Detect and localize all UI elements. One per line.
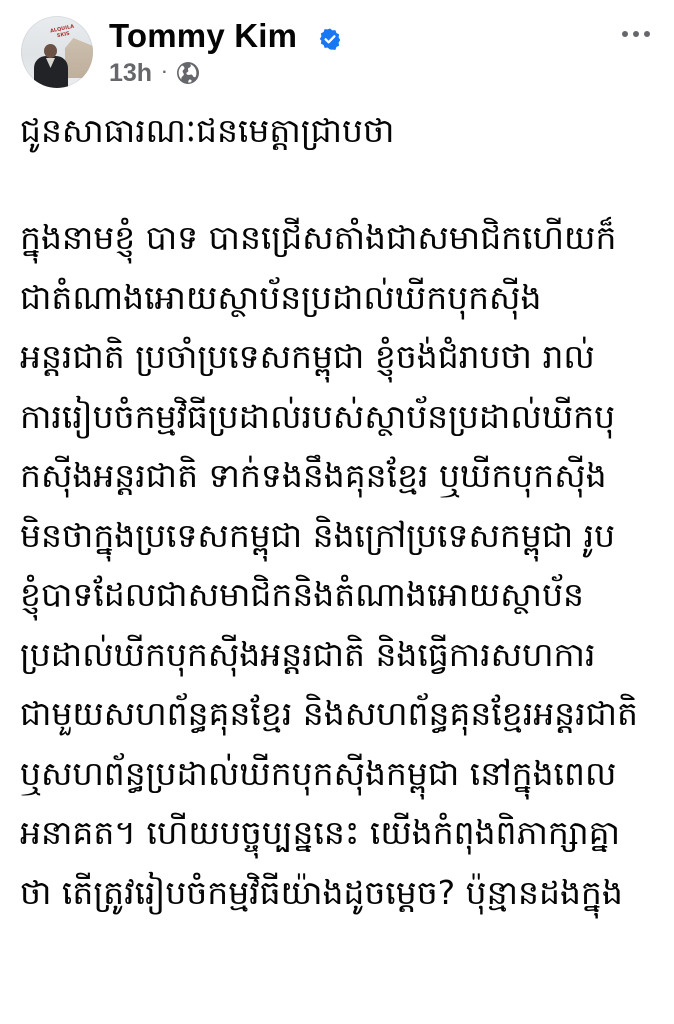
post-header: ALQUILA SKIS Tommy Kim 13h ·: [0, 0, 674, 100]
more-dot-icon: [622, 31, 628, 37]
avatar-person-head: [44, 44, 57, 58]
more-dot-icon: [633, 31, 639, 37]
post-meta: 13h ·: [109, 58, 200, 88]
post-text-line: ឬសហព័ន្ធប្រដាល់ឃីកបុកស៊ីងកម្ពុជា នៅក្នុង…: [20, 744, 670, 804]
more-dot-icon: [644, 31, 650, 37]
post-greeting: ជូនសាធារណៈជនមេត្តាជ្រាបថា: [20, 102, 670, 160]
post-text-line: ក្នុងនាមខ្ញុំ បាទ បានជ្រើសតាំងជាសមាជិកហើ…: [20, 208, 670, 268]
post-text-line: អនាគត។ ហើយបច្ចុប្បន្ននេះ យើងកំពុងពិភាក្ស…: [20, 803, 670, 863]
post-text-line: ជាមួយសហព័ន្ធគុនខ្មែរ និងសហព័ន្ធគុនខ្មែរអ…: [20, 684, 670, 744]
post-text-line: ប្រដាល់ឃីកបុកស៊ីងអន្តរជាតិ និងធ្វើការសហក…: [20, 625, 670, 685]
post-text-line: អន្តរជាតិ ប្រចាំប្រទេសកម្ពុជា ខ្ញុំចង់ជំ…: [20, 327, 670, 387]
post-timestamp[interactable]: 13h: [109, 59, 152, 88]
meta-separator: ·: [162, 64, 167, 82]
more-options-button[interactable]: [612, 22, 660, 46]
post-body: ជូនសាធារណៈជនមេត្តាជ្រាបថា ក្នុងនាមខ្ញុំ …: [20, 102, 670, 922]
post-text-line: ថា តើត្រូវរៀបចំកម្មវិធីយ៉ាងដូចម្ដេច? ប៉ុ…: [20, 863, 670, 923]
post-text-line: ជាតំណាងអោយស្ថាប័នប្រដាល់ឃីកបុកស៊ីង: [20, 268, 670, 328]
avatar-building: [65, 38, 93, 78]
post-text-line: មិនថាក្នុងប្រទេសកម្ពុជា និងក្រៅប្រទេសកម្…: [20, 506, 670, 566]
post-paragraph: ក្នុងនាមខ្ញុំ បាទ បានជ្រើសតាំងជាសមាជិកហើ…: [20, 208, 670, 922]
author-avatar[interactable]: ALQUILA SKIS: [21, 16, 93, 88]
author-name[interactable]: Tommy Kim: [109, 16, 297, 56]
post-text-line: ការរៀបចំកម្មវិធីប្រដាល់របស់ស្ថាប័នប្រដាល…: [20, 387, 670, 447]
post-text-line: ខ្ញុំបាទដែលជាសមាជិកនិងតំណាងអោយស្ថាប័ន: [20, 565, 670, 625]
verified-badge-icon: [318, 27, 342, 51]
post-text-line: កស៊ីងអន្តរជាតិ ទាក់ទងនឹងគុនខ្មែរ ឬឃីកបុក…: [20, 446, 670, 506]
globe-icon: [176, 61, 200, 85]
